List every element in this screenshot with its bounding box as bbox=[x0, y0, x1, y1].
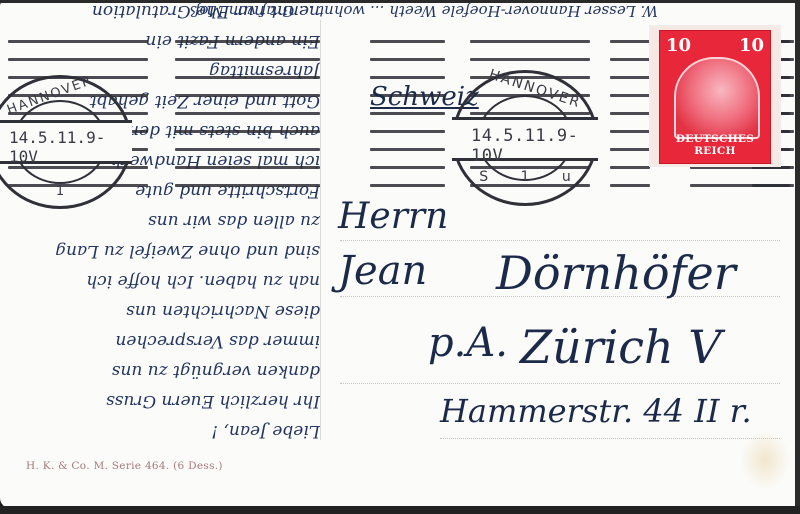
postmark-bottom: S 1 u bbox=[455, 169, 595, 185]
postmark-main: HANNOVER 14.5.11.9-10V S 1 u bbox=[452, 70, 598, 206]
cancellation-bar bbox=[690, 166, 790, 169]
publisher-imprint: H. K. & Co. M. Serie 464. (6 Dess.) bbox=[26, 460, 223, 472]
cancellation-bar bbox=[610, 58, 650, 61]
germania-portrait-icon bbox=[674, 57, 760, 139]
letter-line: Liebe Jean, ! bbox=[8, 416, 320, 446]
sender-note: W. Lesser Hannover-Hoefele Weeth ... woh… bbox=[318, 2, 658, 20]
letter-line: danken vergnügt zu uns bbox=[8, 356, 320, 386]
address-salutation: Herrn bbox=[338, 196, 448, 237]
postmark-left: HANNOVER 14.5.11.9-10V 1 bbox=[0, 75, 132, 209]
stamp-frame: 10 10 DEUTSCHES REICH bbox=[659, 30, 771, 164]
cancellation-bar bbox=[610, 184, 650, 187]
cancellation-bar bbox=[610, 166, 650, 169]
address-street: Hammerstr. 44 II r. bbox=[440, 392, 752, 430]
cancellation-bar bbox=[690, 184, 790, 187]
address-line bbox=[440, 438, 780, 439]
letter-line: sind und ohne Zweifel zu Lang bbox=[8, 236, 320, 266]
cancellation-bar bbox=[370, 112, 445, 115]
stamp-value-right: 10 bbox=[739, 35, 764, 56]
cancellation-bar bbox=[752, 184, 794, 187]
postmark-date: 14.5.11.9-10V bbox=[9, 128, 129, 166]
cancellation-bar bbox=[610, 76, 650, 79]
cancellation-bar bbox=[610, 148, 650, 151]
cancellation-bar bbox=[610, 40, 650, 43]
letter-line: diese Nachrichten uns bbox=[8, 296, 320, 326]
letter-line: Ihr herzlich Euern Gruss bbox=[8, 386, 320, 416]
letter-text-upside-down: Liebe Jean, !Ihr herzlich Euern Grussdan… bbox=[8, 6, 320, 446]
address-line bbox=[340, 383, 780, 384]
postage-stamp: 10 10 DEUTSCHES REICH bbox=[651, 27, 779, 165]
address-city-prefix: p.A. bbox=[428, 320, 508, 366]
letter-line: nah zu haben. Ich hoffe ich bbox=[8, 266, 320, 296]
cancellation-bar bbox=[610, 130, 650, 133]
letter-line: zu allen das wir uns bbox=[8, 206, 320, 236]
address-last-name: Dörnhöfer bbox=[496, 246, 736, 300]
card-edge-top bbox=[0, 0, 800, 3]
paper-stain bbox=[740, 430, 790, 490]
cancellation-bar bbox=[370, 130, 445, 133]
letter-line: immer das Versprechen bbox=[8, 326, 320, 356]
address-first-name: Jean bbox=[338, 248, 427, 294]
card-edge-right bbox=[795, 0, 800, 514]
address-line bbox=[340, 240, 780, 241]
cancellation-bar bbox=[370, 58, 445, 61]
cancellation-bar bbox=[370, 76, 445, 79]
cancellation-bar bbox=[370, 148, 445, 151]
stamp-country: DEUTSCHES REICH bbox=[660, 133, 770, 157]
postmark-date: 14.5.11.9-10V bbox=[471, 126, 595, 166]
cancellation-bar bbox=[610, 94, 650, 97]
stamp-value-left: 10 bbox=[666, 35, 691, 56]
letter-line: nennt nur Ehe Gratulation bbox=[8, 0, 320, 26]
cancellation-bar bbox=[370, 184, 445, 187]
cancellation-bar bbox=[610, 112, 650, 115]
cancellation-bar bbox=[370, 166, 445, 169]
cancellation-bar bbox=[470, 58, 590, 61]
postcard: W. Lesser Hannover-Hoefele Weeth ... woh… bbox=[0, 0, 798, 508]
cancellation-bar bbox=[470, 40, 590, 43]
card-divider bbox=[320, 20, 321, 440]
address-city: Zürich V bbox=[520, 320, 722, 374]
postmark-bottom: 1 bbox=[0, 184, 129, 199]
letter-line: Ein andern Fazit ein bbox=[8, 26, 320, 56]
cancellation-bar bbox=[370, 40, 445, 43]
card-edge-bottom bbox=[0, 506, 800, 514]
cancellation-bar bbox=[752, 166, 794, 169]
